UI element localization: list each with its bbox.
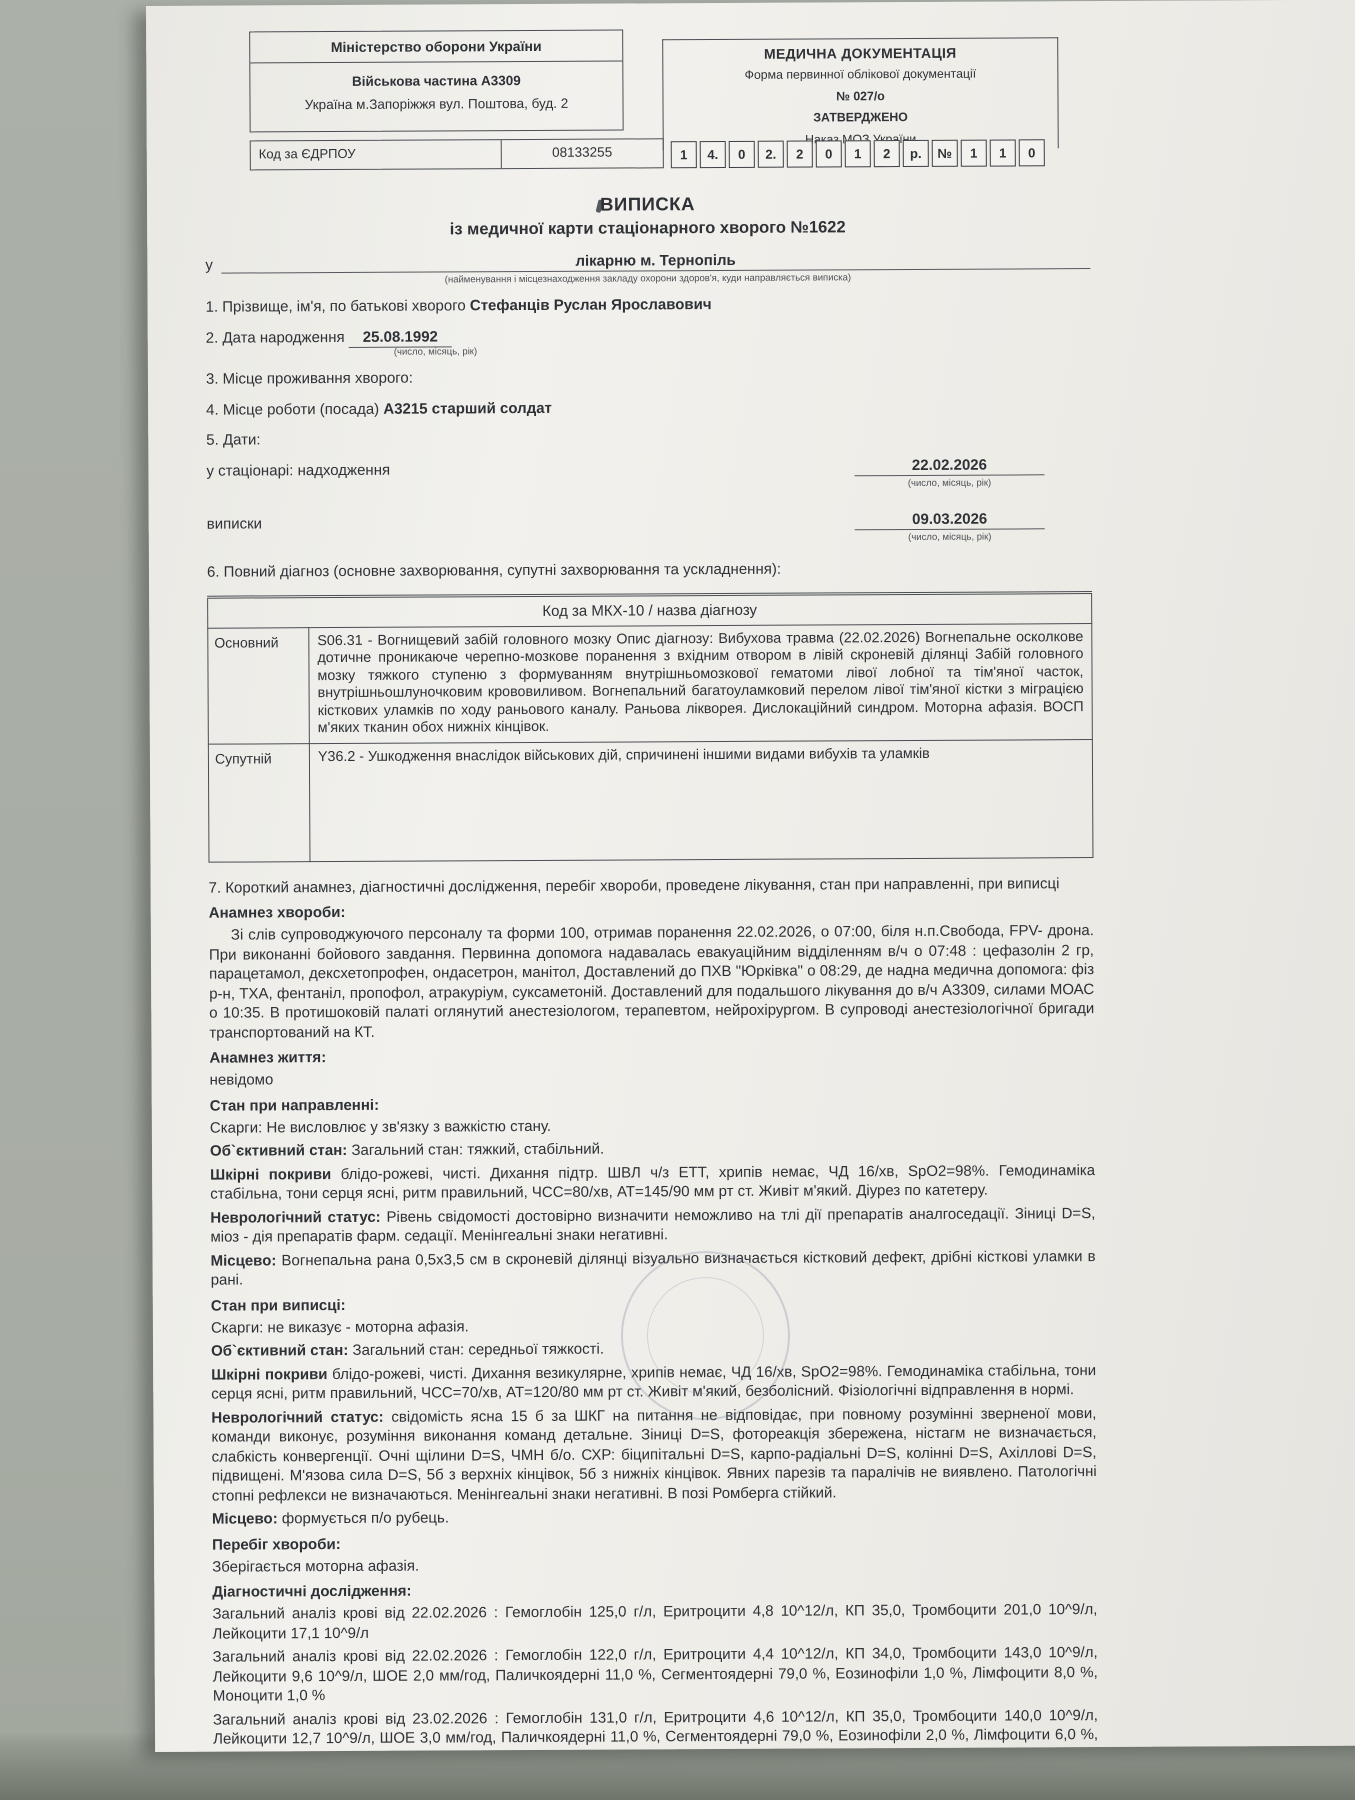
subsection-heading: Перебіг хвороби: xyxy=(212,1532,1097,1554)
date-box: 0 xyxy=(729,141,755,168)
issuer-box: Міністерство оборони України Військова ч… xyxy=(249,30,624,133)
paragraph-lead: Шкірні покриви xyxy=(210,1166,341,1184)
paragraph: Шкірні покриви блідо-рожеві, чисті. Диха… xyxy=(210,1161,1095,1205)
workplace-value: А3215 старший солдат xyxy=(383,399,552,417)
field-residence: 3. Місце проживання хворого: xyxy=(206,365,1091,389)
med-doc-title: МЕДИЧНА ДОКУМЕНТАЦІЯ xyxy=(671,44,1049,62)
diagnosis-row: ОсновнийS06.31 - Вогнищевий забій головн… xyxy=(208,624,1093,744)
diagnosis-text: Y36.2 - Ушкодження внаслідок військових … xyxy=(309,739,1093,861)
subsection-heading: Анамнез життя: xyxy=(209,1045,1094,1067)
diagnosis-text: S06.31 - Вогнищевий забій головного мозк… xyxy=(309,624,1093,744)
discharge-date-caption: (число, місяць, рік) xyxy=(855,531,1045,543)
admission-date-caption: (число, місяць, рік) xyxy=(854,477,1044,489)
paragraph-lead: Місцево: xyxy=(212,1510,282,1527)
workplace-label: 4. Місце роботи (посада) xyxy=(206,400,379,418)
paragraph: Зі слів супроводжуючого персоналу та фор… xyxy=(209,921,1095,1043)
field-name: 1. Прізвище, ім'я, по батькові хворого С… xyxy=(206,293,1091,317)
date-box: 2 xyxy=(874,140,900,167)
paragraph-lead: Місцево: xyxy=(211,1252,282,1269)
section7-label: 7. Короткий анамнез, діагностичні дослід… xyxy=(209,874,1094,898)
paragraph: Місцево: формується п/о рубець. xyxy=(212,1505,1097,1529)
discharge-date: 09.03.2026 xyxy=(855,510,1045,530)
birthdate-caption: (число, місяць, рік) xyxy=(394,343,1091,358)
document-title: ВИПИСКА із медичної карти стаціонарного … xyxy=(205,191,1090,241)
date-box: 1 xyxy=(671,141,697,168)
military-unit: Військова частина А3309 xyxy=(256,70,616,95)
paragraph: Загальний аналіз крові від 22.02.2026 : … xyxy=(212,1600,1097,1644)
document-page: Міністерство оборони України Військова ч… xyxy=(146,0,1355,1752)
subsection-heading: Стан при направленні: xyxy=(210,1093,1095,1115)
paragraph: Загальний аналіз крові від 22.02.2026 : … xyxy=(213,1643,1098,1706)
date-box: 2 xyxy=(787,141,813,168)
fields: у лікарню м. Тернопіль (найменування і м… xyxy=(205,250,1092,582)
destination-value: лікарню м. Тернопіль xyxy=(221,250,1091,274)
form-date-boxes: 14.02.2012р.№110 xyxy=(671,139,1045,168)
stamp-circle xyxy=(621,1251,791,1421)
birthdate-value: 25.08.1992 xyxy=(349,328,452,348)
field-diagnosis-label: 6. Повний діагноз (основне захворювання,… xyxy=(207,558,1092,582)
paragraph: невідомо xyxy=(210,1066,1095,1090)
paragraph: Зберігається моторна афазія. xyxy=(212,1553,1097,1577)
paragraph-lead: Шкірні покриви xyxy=(211,1366,332,1384)
paragraph: Об`єктивний стан: Загальний стан: тяжкий… xyxy=(210,1137,1095,1161)
admission-date-block: 22.02.2026 (число, місяць, рік) xyxy=(854,456,1044,489)
title-sub: із медичної карти стаціонарного хворого … xyxy=(205,217,1090,241)
date-box: 4. xyxy=(700,141,726,168)
edrpou-label: Код за ЄДРПОУ xyxy=(251,140,502,169)
date-box: р. xyxy=(903,140,929,167)
field-workplace: 4. Місце роботи (посада) А3215 старший с… xyxy=(206,396,1091,420)
document-header: Міністерство оборони України Військова ч… xyxy=(146,0,1355,184)
diagnosis-table-header-row: Код за МКХ-10 / назва діагнозу xyxy=(208,593,1092,629)
paragraph: Неврологічний статус: свідомість ясна 15… xyxy=(211,1404,1096,1506)
subsection-heading: Діагностичні дослідження: xyxy=(212,1579,1097,1601)
paragraph-lead: Неврологічний статус: xyxy=(210,1208,386,1226)
photo-background: Міністерство оборони України Військова ч… xyxy=(0,0,1355,1800)
discharge-date-block: 09.03.2026 (число, місяць, рік) xyxy=(855,510,1045,543)
field-destination: у лікарню м. Тернопіль xyxy=(205,250,1090,274)
diagnosis-type: Основний xyxy=(208,628,310,744)
paragraph-lead: Об`єктивний стан: xyxy=(211,1342,353,1360)
diagnosis-row: СупутнійY36.2 - Ушкодження внаслідок вій… xyxy=(208,739,1093,862)
date-box: 0 xyxy=(1019,139,1045,166)
edrpou-row: Код за ЄДРПОУ 08133255 xyxy=(250,138,664,170)
military-unit-block: Військова частина А3309 Україна м.Запорі… xyxy=(250,62,622,132)
destination-prefix: у xyxy=(205,257,213,274)
subsection-heading: Анамнез хвороби: xyxy=(209,900,1094,922)
paragraph: Неврологічний статус: Рівень свідомості … xyxy=(210,1204,1095,1248)
approved-label: ЗАТВЕРДЖЕНО xyxy=(672,108,1050,127)
date-box: № xyxy=(932,140,958,167)
admission-date: 22.02.2026 xyxy=(854,456,1044,476)
diagnosis-type: Супутній xyxy=(208,743,310,862)
field-name-label: 1. Прізвище, ім'я, по батькові хворого xyxy=(206,297,466,315)
med-doc-box: МЕДИЧНА ДОКУМЕНТАЦІЯ Форма первинної обл… xyxy=(662,37,1059,150)
paragraph: Загальний аналіз крові від 23.02.2026 : … xyxy=(213,1706,1098,1752)
date-box: 2. xyxy=(758,141,784,168)
paragraph-lead: Об`єктивний стан: xyxy=(210,1142,352,1160)
form-number: № 027/о xyxy=(671,87,1049,106)
ministry-name: Міністерство оборони України xyxy=(250,31,622,64)
field-dates-label: 5. Дати: xyxy=(206,426,1091,450)
patient-name: Стефанців Руслан Ярославович xyxy=(470,296,712,314)
destination-caption: (найменування і місцезнаходження закладу… xyxy=(205,271,1090,287)
date-box: 0 xyxy=(816,140,842,167)
date-box: 1 xyxy=(961,140,987,167)
unit-address: Україна м.Запоріжжя вул. Поштова, буд. 2 xyxy=(256,92,616,117)
birthdate-label: 2. Дата народження xyxy=(206,328,345,346)
document-content: ВИПИСКА із медичної карти стаціонарного … xyxy=(205,191,1098,1752)
paragraph-lead: Неврологічний статус: xyxy=(211,1408,391,1426)
title-main: ВИПИСКА xyxy=(205,191,1090,218)
diagnosis-table: Код за МКХ-10 / назва діагнозу ОсновнийS… xyxy=(207,591,1093,862)
date-box: 1 xyxy=(990,139,1016,166)
form-line: Форма первинної облікової документації xyxy=(671,65,1049,84)
diagnosis-table-header: Код за МКХ-10 / назва діагнозу xyxy=(208,593,1092,629)
diagnosis-table-body: ОсновнийS06.31 - Вогнищевий забій головн… xyxy=(208,624,1093,862)
paragraph: Скарги: Не висловлює у зв'язку з важкіст… xyxy=(210,1114,1095,1138)
edrpou-value: 08133255 xyxy=(501,139,662,168)
date-box: 1 xyxy=(845,140,871,167)
